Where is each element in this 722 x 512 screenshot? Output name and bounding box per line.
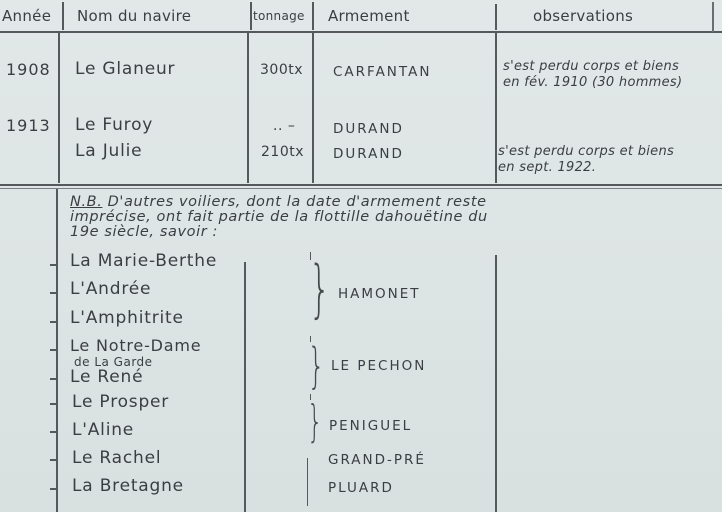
tick-mark xyxy=(50,264,56,266)
other-ship-name: La Marie-Berthe xyxy=(70,251,217,271)
owner-group: LE PECHON xyxy=(331,358,426,374)
owner-bracket xyxy=(307,458,308,506)
tick-mark xyxy=(50,349,56,351)
row-tonnage: .. – xyxy=(273,118,295,134)
observation-line: en fév. 1910 (30 hommes) xyxy=(503,75,682,91)
note-line: 19e siècle, savoir : xyxy=(70,225,488,240)
column-divider xyxy=(495,33,497,183)
note-line: N.B. D'autres voiliers, dont la date d'a… xyxy=(70,195,488,210)
tick-mark xyxy=(50,321,56,323)
observation-line: s'est perdu corps et biens xyxy=(503,59,682,75)
section-rule xyxy=(0,184,722,186)
header-nom-du-navire: Nom du navire xyxy=(77,7,191,25)
brace-icon: } xyxy=(308,342,325,390)
owner-group: PENIGUEL xyxy=(329,418,412,434)
observation-line: en sept. 1922. xyxy=(498,160,674,176)
other-ship-name: L'Andrée xyxy=(70,279,151,299)
brace-icon: } xyxy=(307,400,322,444)
owner-single: GRAND-PRÉ xyxy=(328,452,426,468)
row-ship-name: Le Glaneur xyxy=(75,59,175,79)
row-ship-name: La Julie xyxy=(75,141,142,161)
row-armement: CARFANTAN xyxy=(333,64,431,80)
note-prefix: N.B. xyxy=(70,194,102,210)
section-left-border xyxy=(56,189,58,512)
row-year: 1908 xyxy=(6,60,51,79)
note-text: D'autres voiliers, dont la date d'armeme… xyxy=(108,194,487,210)
tick-mark xyxy=(50,488,56,490)
header-divider xyxy=(250,2,252,30)
row-ship-name: Le Furoy xyxy=(75,115,153,135)
other-ship-name: Le Notre-Dame xyxy=(70,336,201,355)
owner-group: HAMONET xyxy=(338,286,421,302)
other-ship-name: L'Amphitrite xyxy=(70,308,184,328)
brace-icon: } xyxy=(309,258,331,320)
tick-mark xyxy=(50,292,56,294)
note-line: imprécise, ont fait partie de la flottil… xyxy=(70,210,488,225)
row-armement: DURAND xyxy=(333,121,404,137)
header-divider xyxy=(312,2,314,30)
header-tonnage: tonnage xyxy=(253,9,305,23)
row-year: 1913 xyxy=(6,116,51,135)
header-divider xyxy=(62,2,64,30)
header-divider xyxy=(495,4,497,30)
column-divider xyxy=(312,33,314,183)
row-tonnage: 300tx xyxy=(260,62,303,78)
row-observation: s'est perdu corps et biens en fév. 1910 … xyxy=(503,59,682,91)
other-ship-name: La Bretagne xyxy=(72,476,184,496)
header-annee: Année xyxy=(2,7,51,25)
column-divider xyxy=(58,33,60,183)
tick-mark xyxy=(50,459,56,461)
tick-mark xyxy=(50,403,56,405)
document-page: Année Nom du navire tonnage Armement obs… xyxy=(0,0,722,512)
other-ship-name: Le Prosper xyxy=(72,392,169,412)
column-divider xyxy=(244,262,246,512)
header-observations: observations xyxy=(533,7,633,25)
note-block: N.B. D'autres voiliers, dont la date d'a… xyxy=(70,195,488,240)
other-ship-name: Le Rachel xyxy=(72,448,161,468)
other-ship-name: Le René xyxy=(70,367,143,387)
row-tonnage: 210tx xyxy=(261,144,304,160)
column-divider xyxy=(495,255,497,512)
other-ship-name: L'Aline xyxy=(72,420,134,440)
tick-mark xyxy=(50,431,56,433)
row-armement: DURAND xyxy=(333,146,404,162)
observation-line: s'est perdu corps et biens xyxy=(498,144,674,160)
tick-mark xyxy=(50,378,56,380)
owner-single: PLUARD xyxy=(328,480,394,496)
header-rule xyxy=(0,31,722,33)
column-divider xyxy=(247,33,249,183)
table-right-border xyxy=(712,2,714,32)
section-rule xyxy=(0,188,722,189)
header-armement: Armement xyxy=(328,7,410,25)
row-observation: s'est perdu corps et biens en sept. 1922… xyxy=(498,144,674,176)
